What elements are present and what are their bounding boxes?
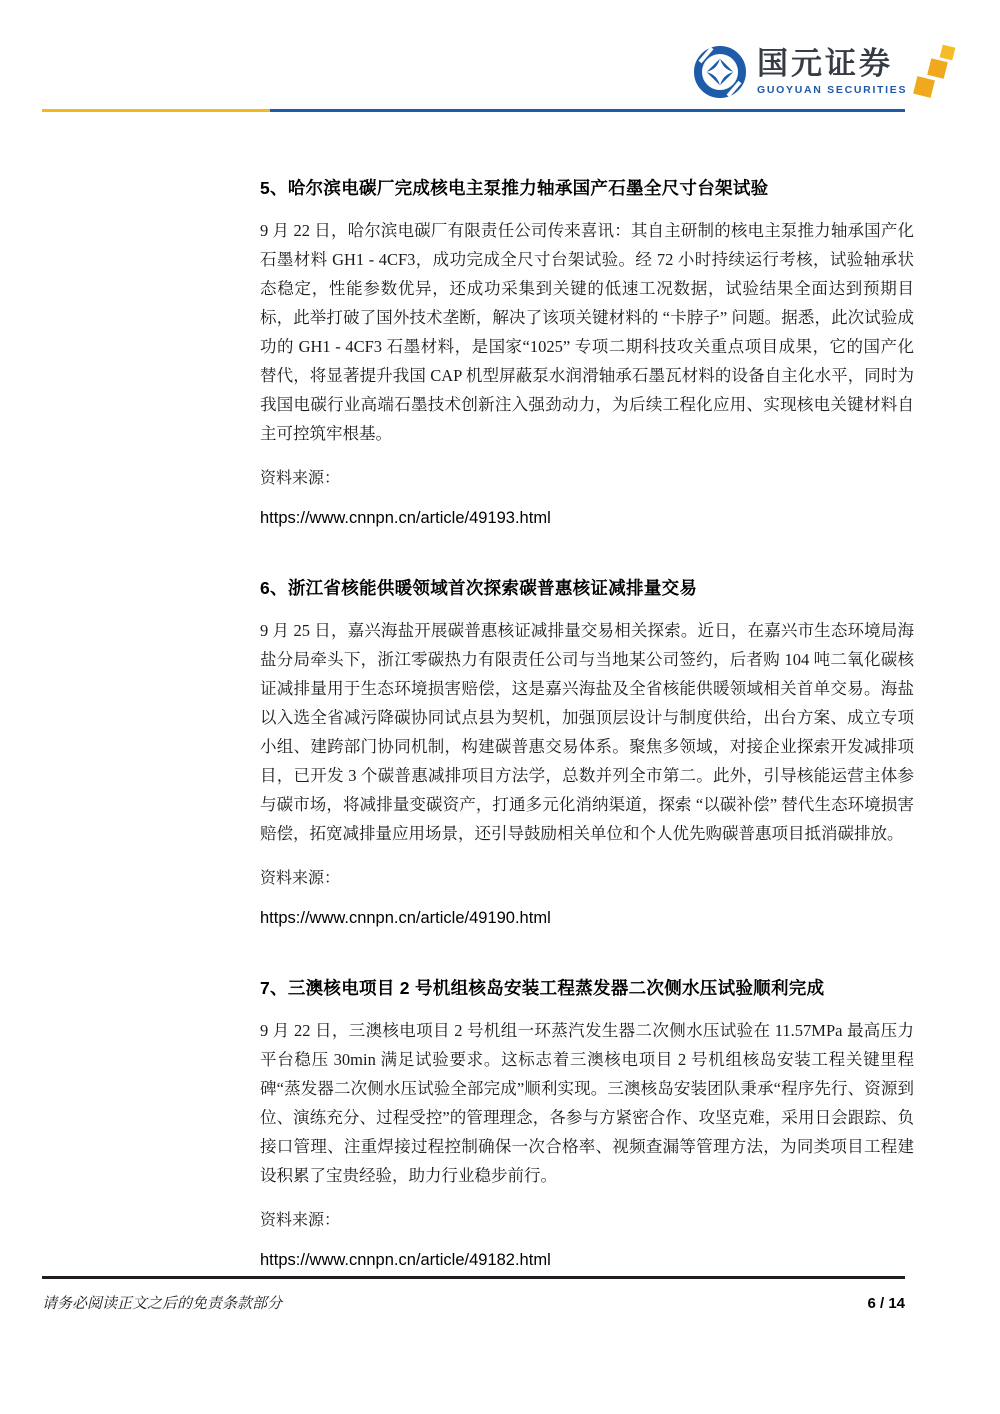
source-url-link[interactable]: https://www.cnnpn.cn/article/49190.html <box>260 908 914 928</box>
section-body: 9 月 22 日，三澳核电项目 2 号机组一环蒸汽发生器二次侧水压试验在 11.… <box>260 1016 914 1190</box>
section-title: 5、哈尔滨电碳厂完成核电主泵推力轴承国产石墨全尺寸台架试验 <box>260 176 914 201</box>
header-divider <box>42 109 905 112</box>
gold-square-icon <box>927 58 948 79</box>
source-url-link[interactable]: https://www.cnnpn.cn/article/49193.html <box>260 508 914 528</box>
header-divider-blue <box>270 109 905 112</box>
source-url-link[interactable]: https://www.cnnpn.cn/article/49182.html <box>260 1250 914 1270</box>
gold-square-icon <box>940 45 956 61</box>
section-body: 9 月 22 日，哈尔滨电碳厂有限责任公司传来喜讯：其自主研制的核电主泵推力轴承… <box>260 216 914 448</box>
section-title: 6、浙江省核能供暖领域首次探索碳普惠核证减排量交易 <box>260 576 914 601</box>
guoyuan-ring-icon <box>692 44 748 100</box>
section-body: 9 月 25 日，嘉兴海盐开展碳普惠核证减排量交易相关探索。近日，在嘉兴市生态环… <box>260 616 914 848</box>
source-label: 资料来源： <box>260 868 914 890</box>
logo-gold-squares-icon <box>913 42 961 102</box>
news-section-6: 6、浙江省核能供暖领域首次探索碳普惠核证减排量交易 9 月 25 日，嘉兴海盐开… <box>260 576 914 928</box>
report-page: 国元证券 GUOYUAN SECURITIES 5、哈尔滨电碳厂完成核电主泵推力… <box>0 0 1000 1414</box>
footer-divider <box>42 1276 905 1279</box>
source-label: 资料来源： <box>260 1210 914 1232</box>
logo-en-name: GUOYUAN SECURITIES <box>757 84 907 96</box>
news-section-7: 7、三澳核电项目 2 号机组核岛安装工程蒸发器二次侧水压试验顺利完成 9 月 2… <box>260 976 914 1270</box>
news-section-5: 5、哈尔滨电碳厂完成核电主泵推力轴承国产石墨全尺寸台架试验 9 月 22 日，哈… <box>260 176 914 528</box>
header-divider-yellow <box>42 109 270 112</box>
page-number: 6 / 14 <box>867 1295 905 1312</box>
report-content: 5、哈尔滨电碳厂完成核电主泵推力轴承国产石墨全尺寸台架试验 9 月 22 日，哈… <box>260 176 914 1270</box>
source-label: 资料来源： <box>260 468 914 490</box>
logo-text-block: 国元证券 GUOYUAN SECURITIES <box>757 48 907 96</box>
logo-cn-name: 国元证券 <box>757 48 907 81</box>
footer: 请务必阅读正文之后的免责条款部分 6 / 14 <box>42 1292 905 1313</box>
section-title: 7、三澳核电项目 2 号机组核岛安装工程蒸发器二次侧水压试验顺利完成 <box>260 976 914 1001</box>
footer-disclaimer: 请务必阅读正文之后的免责条款部分 <box>42 1292 282 1313</box>
company-logo: 国元证券 GUOYUAN SECURITIES <box>692 42 961 102</box>
gold-square-icon <box>913 76 935 98</box>
